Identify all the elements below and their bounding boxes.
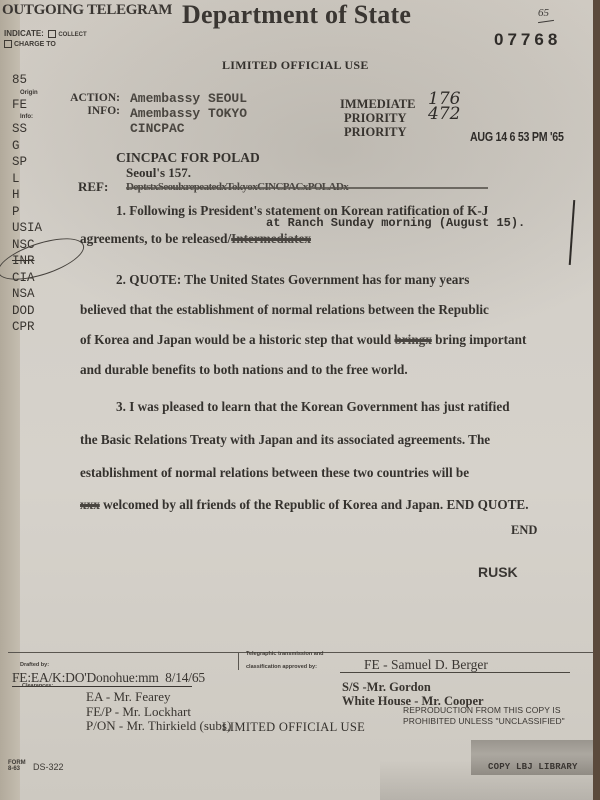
library-stamp: COPY LBJ LIBRARY [488, 762, 578, 772]
telegraphic-approval-label: classification approved by: [246, 664, 317, 670]
paragraph-2-line: and durable benefits to both nations and… [80, 362, 408, 378]
handwritten-number: 472 [428, 107, 460, 122]
department-heading: Department of State [182, 0, 411, 30]
telegram-page: OUTGOING TELEGRAM Department of State IN… [0, 0, 593, 800]
paragraph-3-line: 3. I was pleased to learn that the Korea… [116, 399, 510, 415]
clearances-label: Clearances: [22, 683, 53, 689]
paragraph-1-insertion: at Ranch Sunday morning (August 15). [266, 216, 525, 230]
transmission-timestamp: AUG 14 6 53 PM '65 [470, 130, 564, 144]
info-addressee-label: INFO: [68, 105, 120, 118]
paragraph-3-line: the Basic Relations Treaty with Japan an… [80, 432, 490, 448]
draft-date: 8/14/65 [165, 670, 205, 685]
routing-code: P [12, 204, 42, 221]
precedence-item: PRIORITY [340, 111, 415, 125]
approver-underline [340, 672, 570, 673]
precedence-item: IMMEDIATE [340, 97, 415, 111]
paragraph-2-line: of Korea and Japan would be a historic s… [80, 332, 526, 348]
paragraph-text: agreements, to be released/ [80, 231, 231, 246]
origin-label: Origin [20, 89, 42, 97]
classification-top: LIMITED OFFICIAL USE [222, 58, 369, 73]
form-label: FORM 8-63 [8, 760, 26, 772]
clearances-right: S/S -Mr. Gordon White House - Mr. Cooper [342, 681, 484, 708]
info-label: Info: [20, 113, 42, 121]
clearance-item: EA - Mr. Fearey [86, 690, 231, 705]
charge-to-label: CHARGE TO [14, 41, 56, 48]
paragraph-text: welcomed by all friends of the Republic … [100, 497, 529, 512]
approver: FE - Samuel D. Berger [364, 657, 488, 673]
action-label: ACTION: [68, 92, 120, 105]
paragraph-2-line: believed that the establishment of norma… [80, 302, 489, 318]
addressee-values: Amembassy SEOUL Amembassy TOKYO CINCPAC [130, 91, 247, 136]
origin-code: FE [12, 97, 42, 114]
routing-code: SP [12, 154, 42, 171]
paragraph-3-line: xxx welcomed by all friends of the Repub… [80, 497, 529, 513]
end-marker: END [511, 523, 537, 538]
paragraph-text: of Korea and Japan would be a historic s… [80, 332, 394, 347]
routing-code: L [12, 171, 42, 188]
handwritten-year: 65 [538, 7, 549, 19]
action-addressee: Amembassy SEOUL [130, 91, 247, 106]
info-addressee: CINCPAC [130, 121, 247, 136]
charge-to-row: CHARGE TO [4, 40, 56, 48]
indicate-row: INDICATE: COLLECT [4, 29, 87, 38]
telegraphic-approval-label: Telegraphic transmission and [246, 651, 324, 657]
form-date: 8-63 [8, 766, 26, 772]
routing-codes: 85 Origin FE Info: SS G SP L H P USIA NS… [12, 72, 42, 336]
form-id: DS-322 [33, 762, 64, 772]
form-type-heading: OUTGOING TELEGRAM [2, 2, 172, 19]
paragraph-3-line: establishment of normal relations betwee… [80, 465, 469, 481]
clearance-item: P/ON - Mr. Thirkield (subs) [86, 719, 231, 734]
strikeout-bar [126, 187, 488, 189]
info-addressee: Amembassy TOKYO [130, 106, 247, 121]
reproduction-line: PROHIBITED UNLESS "UNCLASSIFIED" [403, 716, 565, 727]
routing-code: G [12, 138, 42, 155]
reproduction-line: REPRODUCTION FROM THIS COPY IS [403, 705, 565, 716]
drafted-by-label: Drafted by: [20, 662, 49, 668]
handwritten-numbers: 176 472 [428, 92, 460, 122]
cincpac-for-line: CINCPAC FOR POLAD [116, 150, 260, 166]
clearance-item: S/S -Mr. Gordon [342, 681, 484, 695]
routing-code: SS [12, 121, 42, 138]
addressee-labels: ACTION: INFO: [68, 92, 120, 118]
page-code: 85 [12, 72, 42, 89]
collect-checkbox [48, 30, 56, 38]
struck-text: bringx [394, 332, 431, 347]
precedence-list: IMMEDIATE PRIORITY PRIORITY [340, 97, 415, 139]
classification-bottom: LIMITED OFFICIAL USE [222, 720, 365, 735]
struck-text: xxx [80, 497, 100, 512]
paragraph-2-line: 2. QUOTE: The United States Government h… [116, 272, 469, 288]
clearances-left: EA - Mr. Fearey FE/P - Mr. Lockhart P/ON… [86, 690, 231, 734]
routing-code: CPR [12, 319, 42, 336]
reference-telegram: Seoul's 157. [126, 165, 191, 181]
collect-label: COLLECT [58, 32, 86, 38]
routing-code: NSA [12, 286, 42, 303]
routing-code: DOD [12, 303, 42, 320]
indicate-label: INDICATE: [4, 29, 44, 38]
routing-code: H [12, 187, 42, 204]
ref-label: REF: [78, 179, 108, 195]
struck-text: Intermediatex [231, 231, 311, 246]
precedence-item: PRIORITY [340, 125, 415, 139]
paragraph-text: bring important [432, 332, 527, 347]
charge-to-checkbox [4, 40, 12, 48]
reproduction-notice: REPRODUCTION FROM THIS COPY IS PROHIBITE… [403, 705, 565, 727]
footer-box-divider [238, 652, 239, 670]
signature: RUSK [478, 564, 518, 580]
routing-code: USIA [12, 220, 42, 237]
paragraph-1-line: agreements, to be released/Intermediatex [80, 231, 311, 247]
clearance-item: FE/P - Mr. Lockhart [86, 705, 231, 720]
telegram-number: 07768 [494, 30, 561, 50]
